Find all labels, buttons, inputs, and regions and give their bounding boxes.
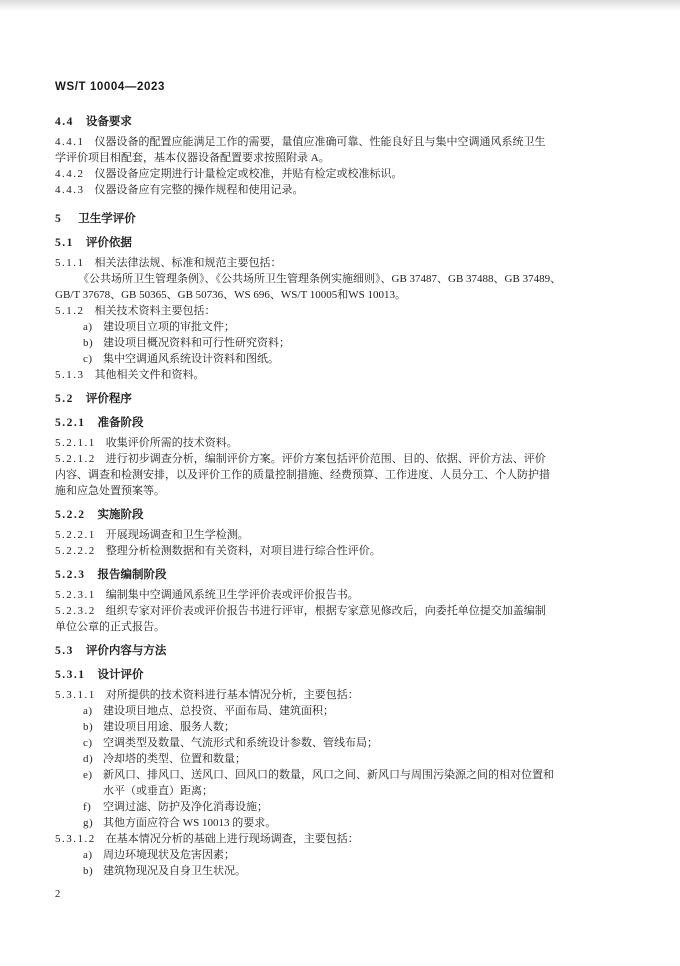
list-item-text: 空调过滤、防护及净化消毒设施；: [103, 801, 268, 813]
document-page: WS/T 10004—2023 4.4设备要求4.4.1仪器设备的配置应能满足工…: [0, 0, 680, 966]
list-item-text: 冷却塔的类型、位置和数量；: [103, 753, 246, 765]
clause-paragraph-5.2.3.2: 5.2.3.2组织专家对评价表或评价报告书进行评审，根据专家意见修改后，向委托单…: [55, 603, 627, 635]
clause-number: 5.2: [55, 393, 74, 405]
list-item-text: 周边环境现状及危害因素；: [103, 849, 235, 861]
paragraph-text: 对所提供的技术资料进行基本情况分析，主要包括：: [106, 689, 359, 701]
list-marker: e): [83, 767, 93, 783]
clause-paragraph-5.1.3: 5.1.3其他相关文件和资料。: [55, 367, 627, 383]
clause-number: 5.1: [55, 237, 74, 249]
list-item-a: a)周边环境现状及危害因素；: [55, 847, 627, 863]
clause-number: 5.3.1.2: [55, 833, 96, 845]
list-marker: c): [83, 735, 93, 751]
clause-title: 卫生学评价: [78, 213, 136, 225]
clause-number: 5.3.1.1: [55, 689, 96, 701]
document-body: 4.4设备要求4.4.1仪器设备的配置应能满足工作的需要，量值应准确可靠、性能良…: [55, 106, 627, 879]
clause-title: 报告编制阶段: [98, 569, 167, 581]
clause-number: 5.2.1.1: [55, 437, 96, 449]
clause-paragraph-5.2.1.2: 5.2.1.2进行初步调查分析，编制评价方案。评价方案包括评价范围、目的、依据、…: [55, 451, 627, 499]
clause-title: 设计评价: [98, 669, 144, 681]
clause-number: 5: [55, 213, 62, 225]
clause-paragraph-5.2.3.1: 5.2.3.1编制集中空调通风系统卫生学评价表或评价报告书。: [55, 587, 627, 603]
clause-title: 设备要求: [86, 116, 132, 128]
clause-heading-5.2.2: 5.2.2实施阶段: [55, 507, 627, 523]
paragraph-text: 在基本情况分析的基础上进行现场调查，主要包括：: [106, 833, 359, 845]
scan-edge-shadow: [0, 0, 680, 11]
paragraph-text: 编制集中空调通风系统卫生学评价表或评价报告书。: [106, 589, 359, 601]
clause-title: 评价内容与方法: [86, 645, 167, 657]
list-item-a: a)建设项目地点、总投资、平面布局、建筑面积；: [55, 703, 627, 719]
clause-heading-5: 5卫生学评价: [55, 211, 627, 227]
list-marker: d): [83, 751, 93, 767]
list-item-b: b)建设项目用途、服务人数；: [55, 719, 627, 735]
clause-number: 4.4.2: [55, 168, 85, 180]
paragraph-text: 相关技术资料主要包括：: [95, 305, 216, 317]
clause-number: 5.1.2: [55, 305, 85, 317]
list-item-b: b)建筑物现况及自身卫生状况。: [55, 863, 627, 879]
paragraph-text: 开展现场调查和卫生学检测。: [106, 529, 249, 541]
clause-heading-5.3: 5.3评价内容与方法: [55, 643, 627, 659]
clause-paragraph-4.4.1: 4.4.1仪器设备的配置应能满足工作的需要，量值应准确可靠、性能良好且与集中空调…: [55, 134, 627, 166]
list-marker: b): [83, 719, 93, 735]
clause-number: 5.3: [55, 645, 74, 657]
clause-number: 5.2.1: [55, 417, 86, 429]
paragraph-text: 组织专家对评价表或评价报告书进行评审，根据专家意见修改后，向委托单位提交加盖编制…: [55, 605, 546, 633]
clause-title: 实施阶段: [98, 509, 144, 521]
clause-heading-5.3.1: 5.3.1设计评价: [55, 667, 627, 683]
list-item-a: a)建设项目立项的审批文件；: [55, 319, 627, 335]
paragraph-text: 收集评价所需的技术资料。: [106, 437, 238, 449]
list-marker: b): [83, 863, 93, 879]
list-marker: b): [83, 335, 93, 351]
clause-heading-5.2.3: 5.2.3报告编制阶段: [55, 567, 627, 583]
list-item-b: b)建设项目概况资料和可行性研究资料；: [55, 335, 627, 351]
list-item-text: 建设项目概况资料和可行性研究资料；: [103, 337, 290, 349]
clause-paragraph-5.2.2.1: 5.2.2.1开展现场调查和卫生学检测。: [55, 527, 627, 543]
list-item-text: 新风口、排风口、送风口、回风口的数量，风口之间、新风口与周围污染源之间的相对位置…: [103, 769, 554, 797]
clause-paragraph-5.3.1.1: 5.3.1.1对所提供的技术资料进行基本情况分析，主要包括：: [55, 687, 627, 703]
list-item-c: c)空调类型及数量、气流形式和系统设计参数、管线布局；: [55, 735, 627, 751]
paragraph-text: 其他相关文件和资料。: [95, 369, 205, 381]
clause-paragraph-5.3.1.2: 5.3.1.2在基本情况分析的基础上进行现场调查，主要包括：: [55, 831, 627, 847]
clause-title: 评价程序: [86, 393, 132, 405]
list-marker: g): [83, 815, 93, 831]
clause-number: 5.3.1: [55, 669, 86, 681]
clause-title: 准备阶段: [98, 417, 144, 429]
clause-paragraph-5.2.2.2: 5.2.2.2整理分析检测数据和有关资料，对项目进行综合性评价。: [55, 543, 627, 559]
clause-number: 5.1.1: [55, 257, 85, 269]
clause-paragraph-4.4.2: 4.4.2仪器设备应定期进行计量检定或校准，并贴有检定或校准标识。: [55, 166, 627, 182]
paragraph-text: 仪器设备应定期进行计量检定或校准，并贴有检定或校准标识。: [95, 168, 403, 180]
clause-heading-4.4: 4.4设备要求: [55, 114, 627, 130]
clause-title: 评价依据: [86, 237, 132, 249]
list-item-f: f)空调过滤、防护及净化消毒设施；: [55, 799, 627, 815]
clause-number: 5.2.1.2: [55, 453, 96, 465]
list-marker: c): [83, 351, 93, 367]
paragraph-text: 整理分析检测数据和有关资料，对项目进行综合性评价。: [106, 545, 381, 557]
clause-heading-5.2.1: 5.2.1准备阶段: [55, 415, 627, 431]
clause-number: 5.2.2.2: [55, 545, 96, 557]
clause-number: 4.4: [55, 116, 74, 128]
list-marker: f): [83, 799, 91, 815]
clause-heading-5.1: 5.1评价依据: [55, 235, 627, 251]
list-marker: a): [83, 847, 93, 863]
clause-number: 4.4.3: [55, 184, 85, 196]
clause-number: 4.4.1: [55, 136, 85, 148]
page-number: 2: [55, 889, 60, 900]
clause-paragraph-5.1.1: 5.1.1相关法律法规、标准和规范主要包括：: [55, 255, 627, 271]
list-item-g: g)其他方面应符合 WS 10013 的要求。: [55, 815, 627, 831]
reference-paragraph: 《公共场所卫生管理条例》、《公共场所卫生管理条例实施细则》、GB 37487、G…: [55, 271, 627, 303]
standard-code: WS/T 10004—2023: [55, 81, 165, 93]
paragraph-text: 相关法律法规、标准和规范主要包括：: [95, 257, 282, 269]
list-item-text: 建设项目用途、服务人数；: [103, 721, 235, 733]
clause-heading-5.2: 5.2评价程序: [55, 391, 627, 407]
list-item-text: 空调类型及数量、气流形式和系统设计参数、管线布局；: [103, 737, 378, 749]
clause-number: 5.2.3.2: [55, 605, 96, 617]
list-item-text: 建筑物现况及自身卫生状况。: [103, 865, 246, 877]
clause-number: 5.2.3.1: [55, 589, 96, 601]
clause-number: 5.2.3: [55, 569, 86, 581]
list-item-e: e)新风口、排风口、送风口、回风口的数量，风口之间、新风口与周围污染源之间的相对…: [55, 767, 627, 799]
clause-paragraph-4.4.3: 4.4.3仪器设备应有完整的操作规程和使用记录。: [55, 182, 627, 198]
paragraph-text: 《公共场所卫生管理条例》、《公共场所卫生管理条例实施细则》、GB 37487、G…: [55, 273, 561, 301]
list-item-text: 建设项目地点、总投资、平面布局、建筑面积；: [103, 705, 334, 717]
clause-number: 5.2.2.1: [55, 529, 96, 541]
list-marker: a): [83, 319, 93, 335]
clause-paragraph-5.2.1.1: 5.2.1.1收集评价所需的技术资料。: [55, 435, 627, 451]
paragraph-text: 仪器设备的配置应能满足工作的需要，量值应准确可靠、性能良好且与集中空调通风系统卫…: [55, 136, 546, 164]
paragraph-text: 仪器设备应有完整的操作规程和使用记录。: [95, 184, 304, 196]
clause-paragraph-5.1.2: 5.1.2相关技术资料主要包括：: [55, 303, 627, 319]
list-item-text: 建设项目立项的审批文件；: [103, 321, 235, 333]
paragraph-text: 进行初步调查分析，编制评价方案。评价方案包括评价范围、目的、依据、评价方法、评价…: [55, 453, 550, 497]
list-item-d: d)冷却塔的类型、位置和数量；: [55, 751, 627, 767]
list-item-text: 集中空调通风系统设计资料和图纸。: [103, 353, 279, 365]
clause-number: 5.2.2: [55, 509, 86, 521]
list-item-text: 其他方面应符合 WS 10013 的要求。: [103, 817, 276, 829]
list-marker: a): [83, 703, 93, 719]
clause-number: 5.1.3: [55, 369, 85, 381]
list-item-c: c)集中空调通风系统设计资料和图纸。: [55, 351, 627, 367]
